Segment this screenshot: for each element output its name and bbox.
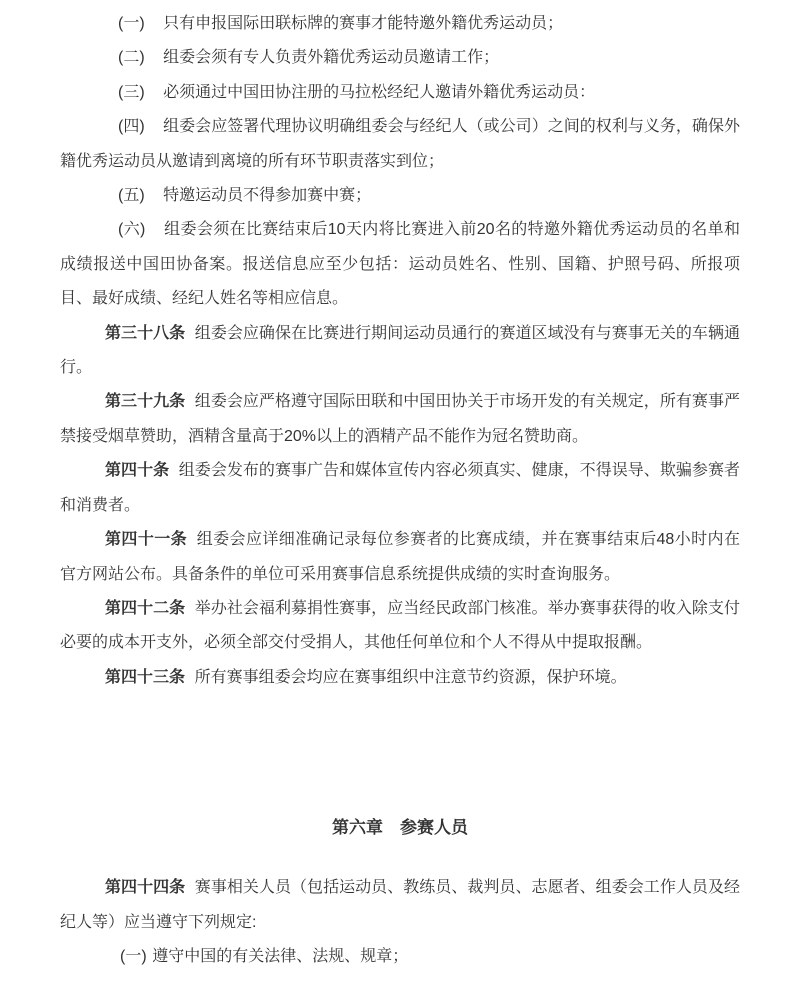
article-number-label: 第四十二条 [105, 600, 185, 617]
list-item-text: 组委会应签署代理协议明确组委会与经纪人（或公司）之间的权利与义务，确保外籍优秀运… [60, 118, 740, 169]
article-paragraph: 第三十八条组委会应确保在比赛进行期间运动员通行的赛道区域没有与赛事无关的车辆通行… [60, 317, 740, 386]
list-item: (三)必须通过中国田协注册的马拉松经纪人邀请外籍优秀运动员： [60, 76, 740, 110]
list-item-text: 组委会须在比赛结束后10天内将比赛进入前20名的特邀外籍优秀运动员的名单和成绩报… [60, 221, 740, 307]
list-item-text: 必须通过中国田协注册的马拉松经纪人邀请外籍优秀运动员： [163, 84, 595, 101]
list-item-number: (六) [118, 221, 145, 238]
list-item-text: 只有申报国际田联标牌的赛事才能特邀外籍优秀运动员； [163, 15, 563, 32]
list-item-text: 组委会须有专人负责外籍优秀运动员邀请工作； [163, 49, 499, 66]
article-number-label: 第三十九条 [105, 393, 185, 410]
article-text: 所有赛事组委会均应在赛事组织中注意节约资源，保护环境。 [195, 669, 627, 686]
list-item-number: (二) [118, 49, 145, 66]
list-item-text: 遵守中国的有关法律、法规、规章； [152, 948, 408, 965]
list-item-number: (四) [118, 118, 145, 135]
list-item: (四)组委会应签署代理协议明确组委会与经纪人（或公司）之间的权利与义务，确保外籍… [60, 110, 740, 179]
article-number-label: 第四十四条 [105, 879, 185, 896]
article-paragraph: 第四十四条赛事相关人员（包括运动员、教练员、裁判员、志愿者、组委会工作人员及经纪… [60, 871, 740, 940]
article-paragraph: 第四十三条所有赛事组委会均应在赛事组织中注意节约资源，保护环境。 [60, 661, 740, 695]
list-item: (二)组委会须有专人负责外籍优秀运动员邀请工作； [60, 41, 740, 75]
article-number-label: 第三十八条 [105, 325, 185, 342]
list-item-number: (五) [118, 187, 145, 204]
chapter-heading: 第六章 参赛人员 [60, 815, 740, 841]
article-number-label: 第四十一条 [105, 531, 187, 548]
list-item: (一)只有申报国际田联标牌的赛事才能特邀外籍优秀运动员； [60, 7, 740, 41]
list-item-number: (一) [118, 15, 145, 32]
document-page: (一)只有申报国际田联标牌的赛事才能特邀外籍优秀运动员； (二)组委会须有专人负… [0, 0, 800, 994]
list-item: (一)遵守中国的有关法律、法规、规章； [60, 940, 740, 974]
article-paragraph: 第四十一条组委会应详细准确记录每位参赛者的比赛成绩，并在赛事结束后48小时内在官… [60, 523, 740, 592]
list-item-number: (一) [120, 948, 147, 965]
article-paragraph: 第四十条组委会发布的赛事广告和媒体宣传内容必须真实、健康，不得误导、欺骗参赛者和… [60, 454, 740, 523]
article-number-label: 第四十三条 [105, 669, 185, 686]
list-item: (五)特邀运动员不得参加赛中赛； [60, 179, 740, 213]
list-item-number: (三) [118, 84, 145, 101]
article-number-label: 第四十条 [105, 462, 169, 479]
article-paragraph: 第四十二条举办社会福利募捐性赛事，应当经民政部门核准。举办赛事获得的收入除支付必… [60, 592, 740, 661]
list-item: (六)组委会须在比赛结束后10天内将比赛进入前20名的特邀外籍优秀运动员的名单和… [60, 213, 740, 316]
article-paragraph: 第三十九条组委会应严格遵守国际田联和中国田协关于市场开发的有关规定，所有赛事严禁… [60, 385, 740, 454]
list-item-text: 特邀运动员不得参加赛中赛； [163, 187, 371, 204]
